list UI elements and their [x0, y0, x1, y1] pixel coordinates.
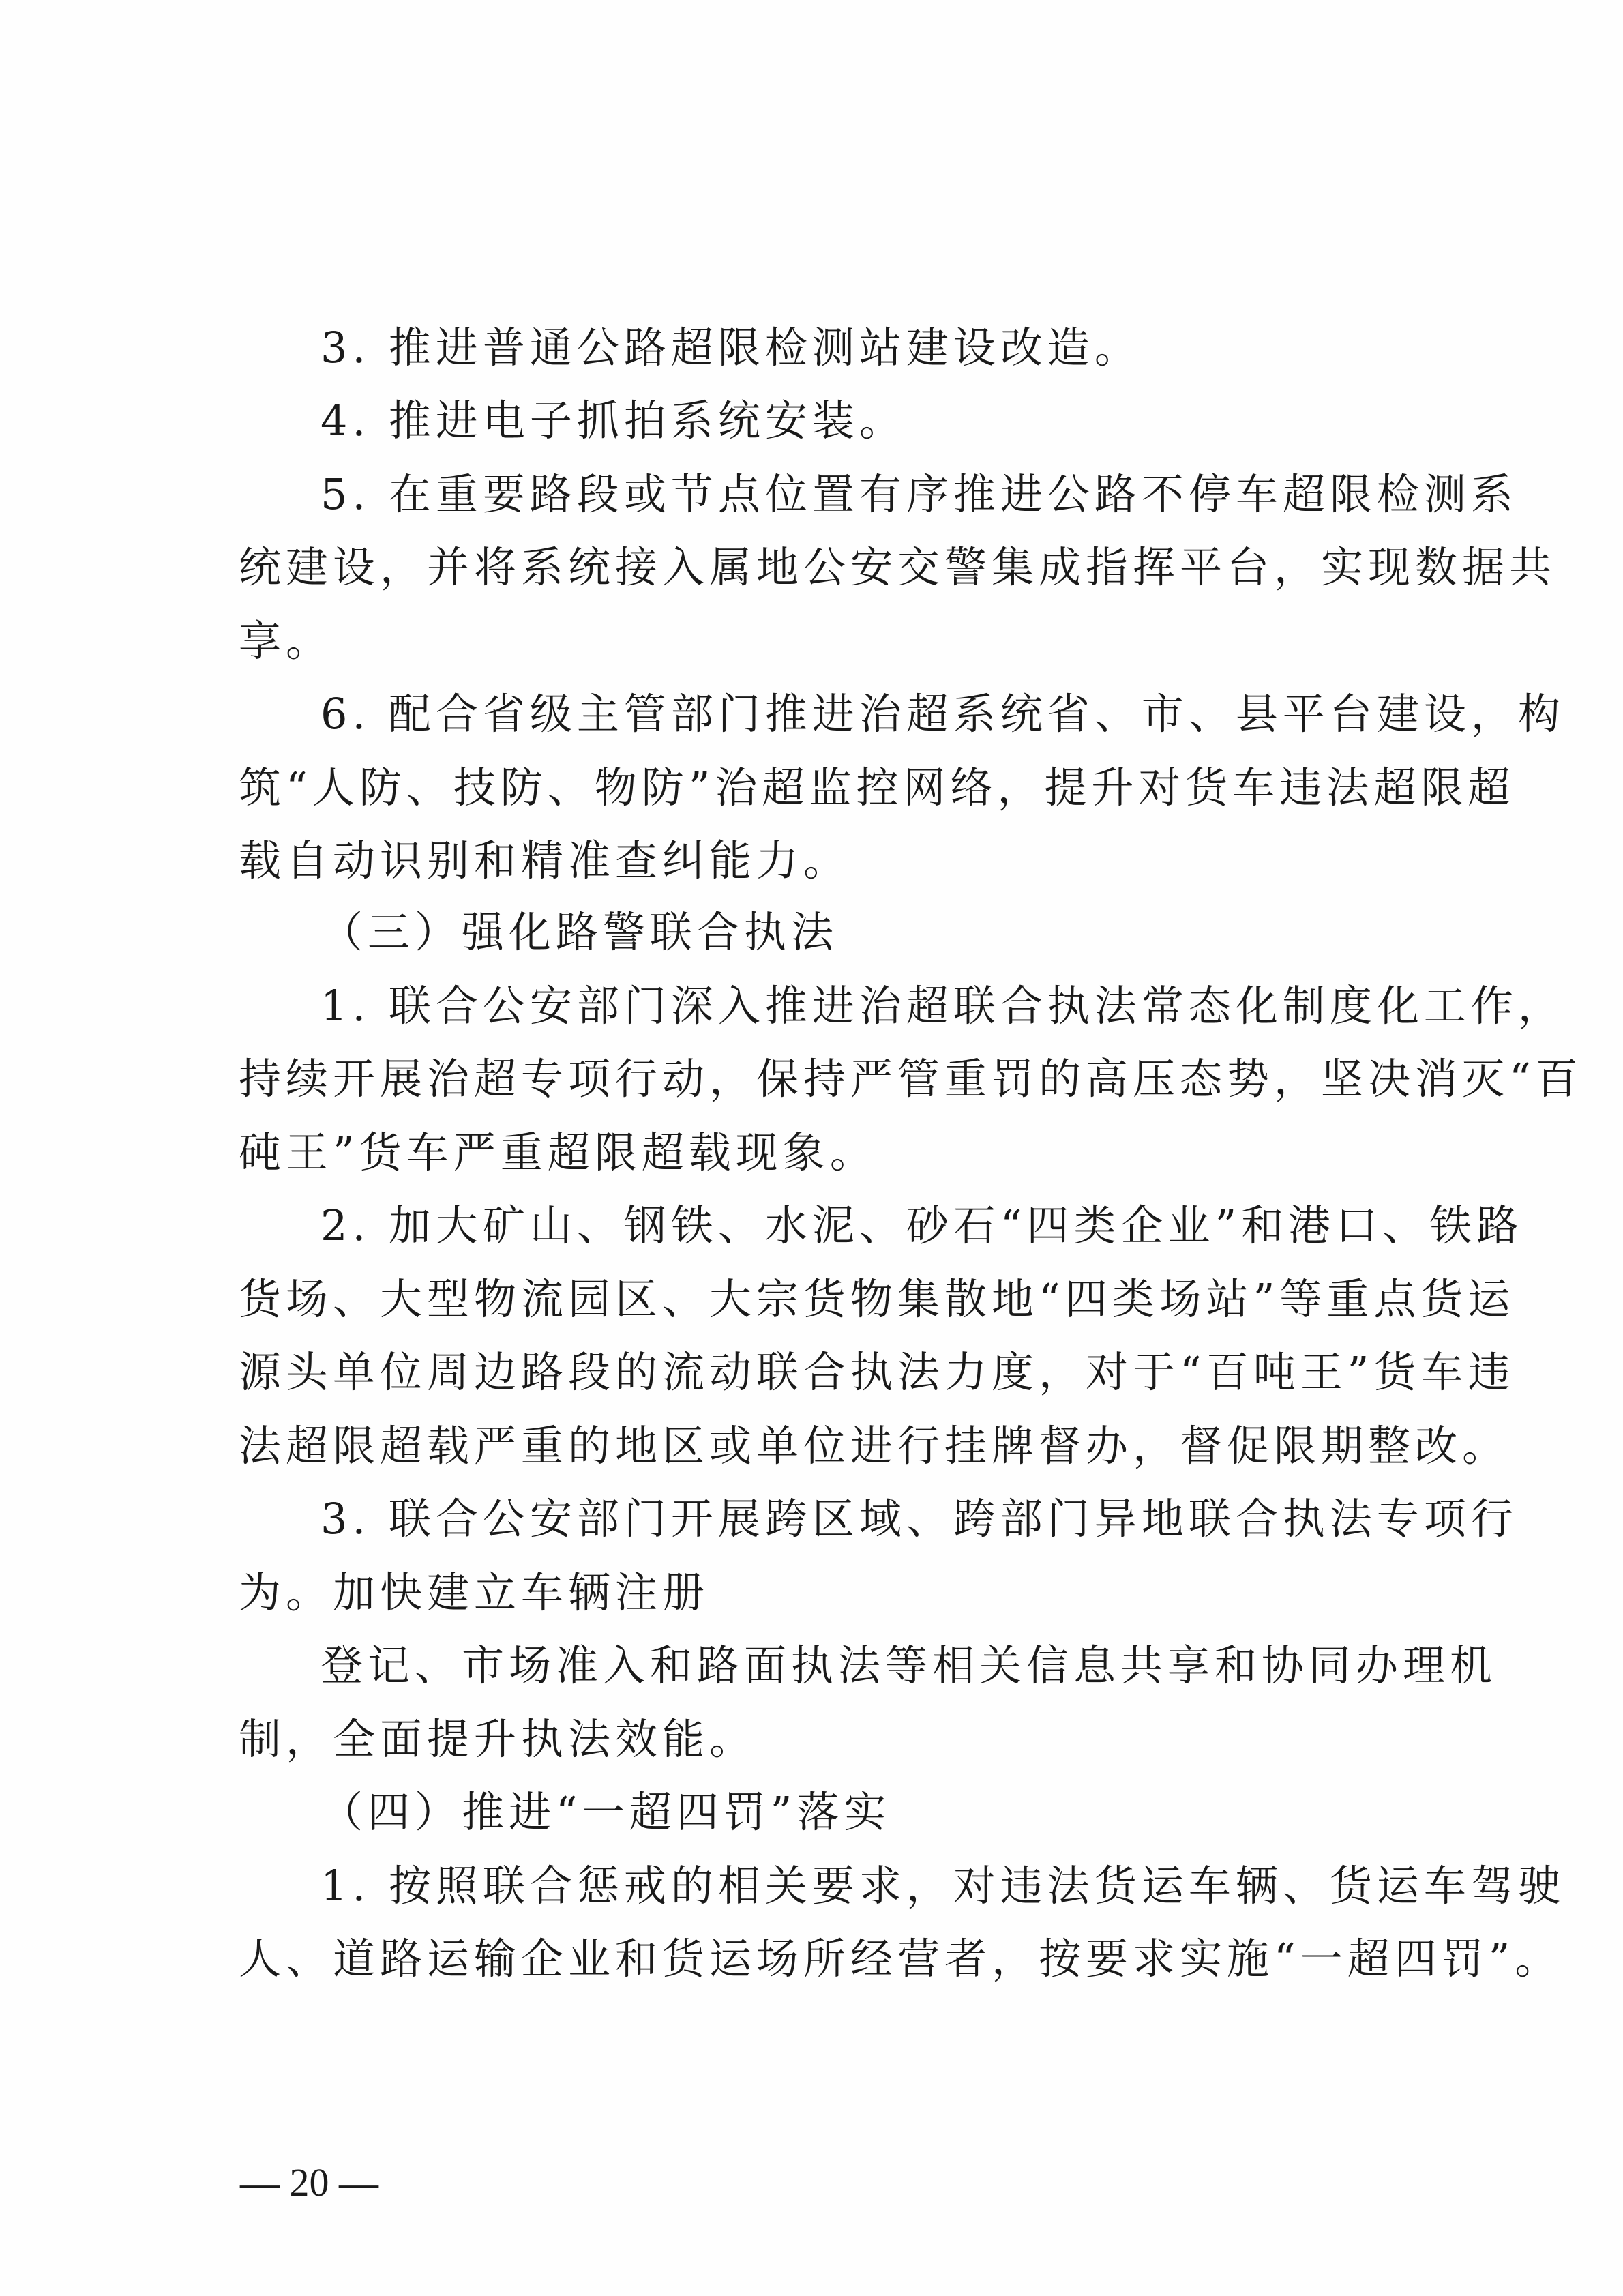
- paragraph-line: 货场、大型物流园区、大宗货物集散地“四类场站”等重点货运: [239, 1265, 1439, 1334]
- document-page: 3. 推进普通公路超限检测站建设改造。 4. 推进电子抓拍系统安装。 5. 在重…: [0, 0, 1623, 2296]
- paragraph-line: 6. 配合省级主管部门推进治超系统省、市、县平台建设，构: [321, 680, 1439, 748]
- paragraph-line: 3. 联合公安部门开展跨区域、跨部门异地联合执法专项行: [321, 1485, 1439, 1553]
- paragraph-line: 2. 加大矿山、钢铁、水泥、砂石“四类企业”和港口、铁路: [321, 1192, 1439, 1260]
- paragraph-line: 1. 联合公安部门深入推进治超联合执法常态化制度化工作，: [321, 972, 1439, 1040]
- paragraph-line: 5. 在重要路段或节点位置有序推进公路不停车超限检测系: [321, 460, 1439, 529]
- paragraph-line: 统建设，并将系统接入属地公安交警集成指挥平台，实现数据共: [239, 533, 1439, 602]
- page-number: — 20 —: [240, 2159, 378, 2207]
- paragraph-line: 制，全面提升执法效能。: [239, 1705, 1439, 1773]
- paragraph-line: 4. 推进电子抓拍系统安装。: [321, 387, 1439, 455]
- paragraph-line: 筑“人防、技防、物防”治超监控网络，提升对货车违法超限超: [239, 754, 1439, 822]
- paragraph-line: 源头单位周边路段的流动联合执法力度，对于“百吨王”货车违: [239, 1338, 1439, 1407]
- section-heading: （四）推进“一超四罚”落实: [321, 1778, 1439, 1846]
- section-heading: （三）强化路警联合执法: [321, 898, 1439, 967]
- paragraph-line: 法超限超载严重的地区或单位进行挂牌督办，督促限期整改。: [239, 1412, 1439, 1480]
- paragraph-line: 持续开展治超专项行动，保持严管重罚的高压态势，坚决消灭“百: [239, 1045, 1439, 1113]
- paragraph-line: 享。: [239, 607, 1439, 675]
- paragraph-line: 人、道路运输企业和货运场所经营者，按要求实施“一超四罚”。: [239, 1925, 1439, 1993]
- paragraph-line: 1. 按照联合惩戒的相关要求，对违法货运车辆、货运车驾驶: [321, 1852, 1439, 1920]
- paragraph-line: 载自动识别和精准查纠能力。: [239, 827, 1439, 895]
- paragraph-line: 为。加快建立车辆注册: [239, 1559, 1439, 1627]
- paragraph-line: 砘王”货车严重超限超载现象。: [239, 1119, 1439, 1187]
- paragraph-line: 3. 推进普通公路超限检测站建设改造。: [321, 314, 1439, 382]
- paragraph-line: 登记、市场准入和路面执法等相关信息共享和协同办理机: [321, 1632, 1439, 1700]
